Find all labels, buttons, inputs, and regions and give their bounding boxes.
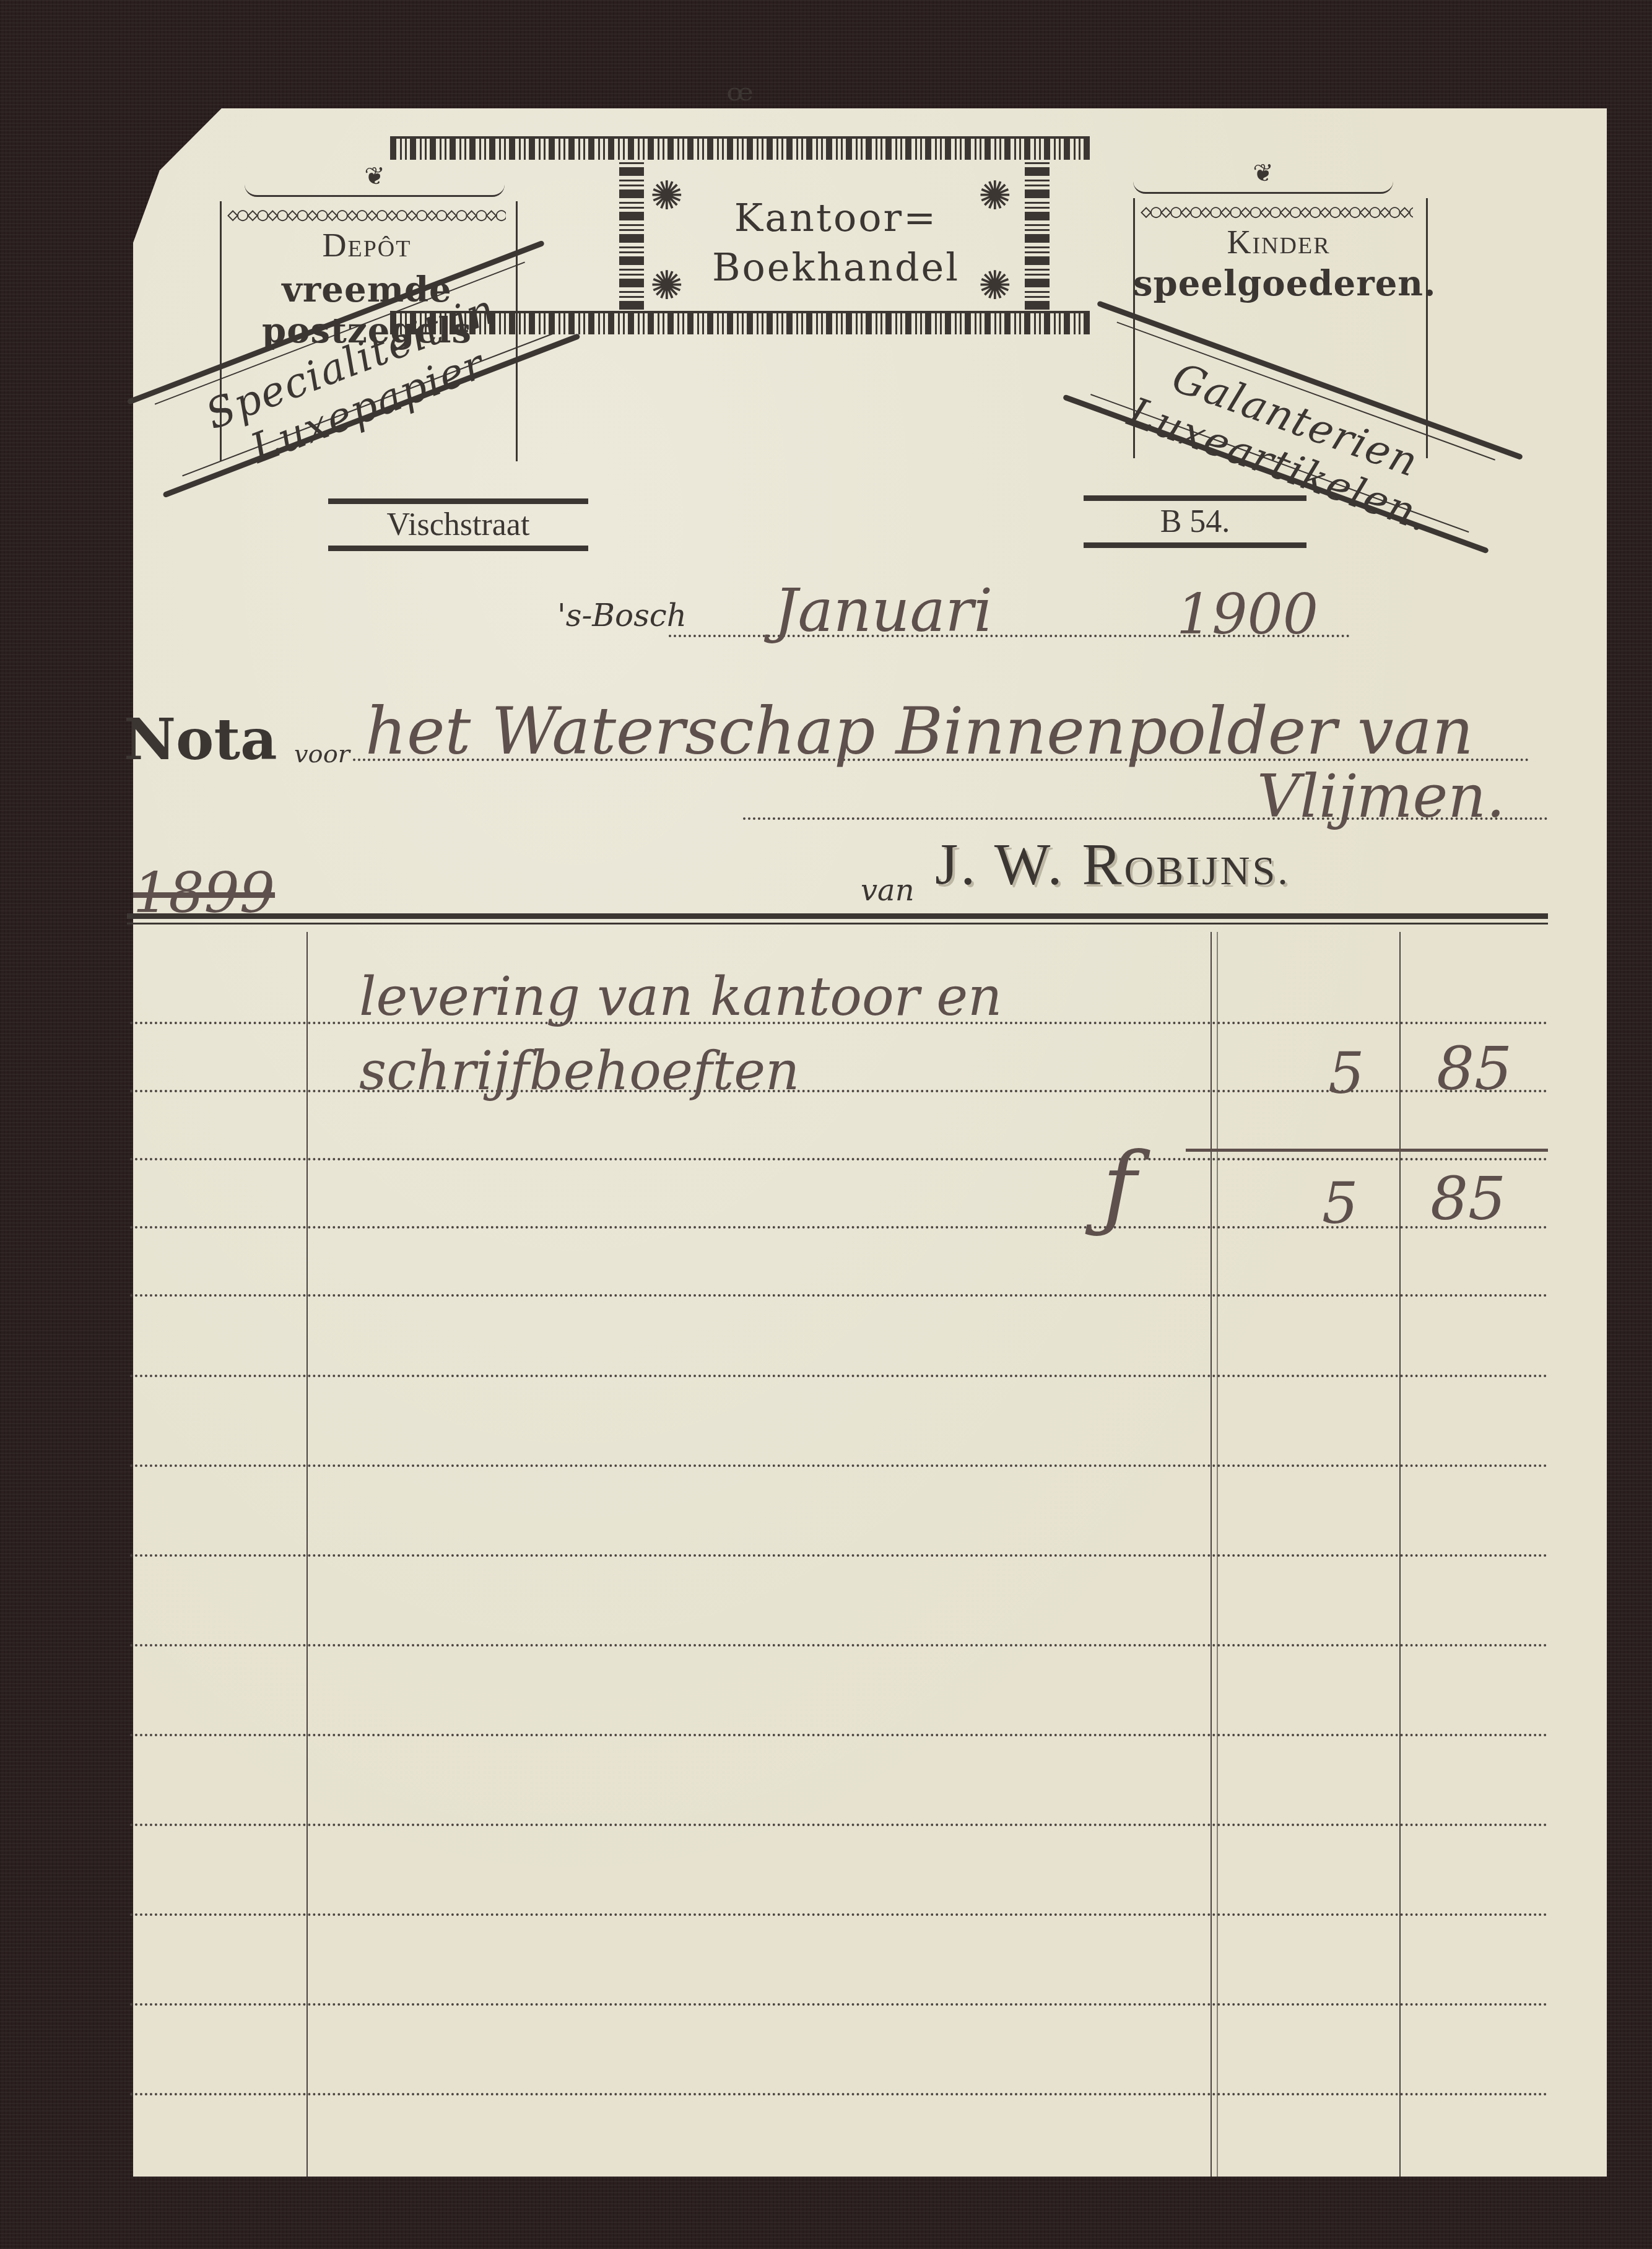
ledger-row-line [130, 2003, 1548, 2006]
van-label: van [861, 873, 915, 908]
striped-border-bottom [390, 311, 1090, 334]
kinder-label: Kinder [1133, 223, 1424, 261]
item-description-line2: schrijfbehoeften [359, 1040, 799, 1102]
ledger-row-line [130, 1913, 1548, 1916]
ledger-row-line [130, 1734, 1548, 1736]
speelgoederen-label: speelgoederen. [1133, 263, 1424, 304]
recipient-line2-handwritten: Vlijmen. [1257, 762, 1505, 831]
ledger-row-line [130, 1554, 1548, 1557]
letterhead-center-block: ꟹ ✺ ✺ ✺ ✺ Kantoor= Boekhandel [390, 136, 1090, 334]
ledger-row-line [130, 1824, 1548, 1826]
nota-heading: Nota [124, 706, 277, 773]
total-currency-symbol: ƒ [1102, 1133, 1137, 1241]
total-amount-cents: 85 [1430, 1164, 1506, 1233]
firm-name-initials: J. W. R [935, 831, 1124, 897]
ledger-row-line [130, 1294, 1548, 1297]
boekhandel-label: Boekhandel [619, 245, 1053, 290]
ledger-row-line [130, 1644, 1548, 1647]
recipient-line1-handwritten: het Waterschap Binnenpolder van [365, 694, 1474, 769]
ledger-row-line [130, 2093, 1548, 2095]
firm-name-rest: OBIJNS. [1124, 848, 1290, 894]
firm-name: J. W. ROBIJNS. [935, 830, 1290, 898]
date-year-handwritten: 1900 [1176, 582, 1318, 647]
voor-label: voor [294, 740, 350, 768]
ledger-top-rule-thick [127, 913, 1548, 919]
crest-ornament-right: ❦ [1133, 161, 1393, 194]
place-label: 's-Bosch [557, 598, 687, 633]
ledger-row-line [130, 1158, 1548, 1160]
date-month-handwritten: Januari [774, 576, 993, 645]
sum-rule [1186, 1149, 1548, 1152]
ledger-row-line [130, 1464, 1548, 1467]
scroll-ornament-icon: ꟹ [706, 74, 774, 125]
bead-border-icon: ◇○◇○◇○◇○◇○◇○◇○◇○◇○◇○◇○◇○◇○◇○◇○◇○◇○ [1141, 201, 1413, 222]
total-amount-guilders: 5 [1322, 1170, 1359, 1237]
striped-border-top [390, 136, 1090, 160]
street-plaque: Vischstraat [328, 498, 588, 551]
item-amount-guilders: 5 [1328, 1040, 1365, 1107]
item-amount-cents: 85 [1437, 1034, 1512, 1103]
ledger-row-line [130, 1375, 1548, 1377]
ledger-top-rule-thin [127, 923, 1548, 924]
item-description-line1: levering van kantoor en [359, 966, 1002, 1028]
house-number-plaque: B 54. [1084, 495, 1306, 548]
kantoor-label: Kantoor= [619, 195, 1053, 240]
